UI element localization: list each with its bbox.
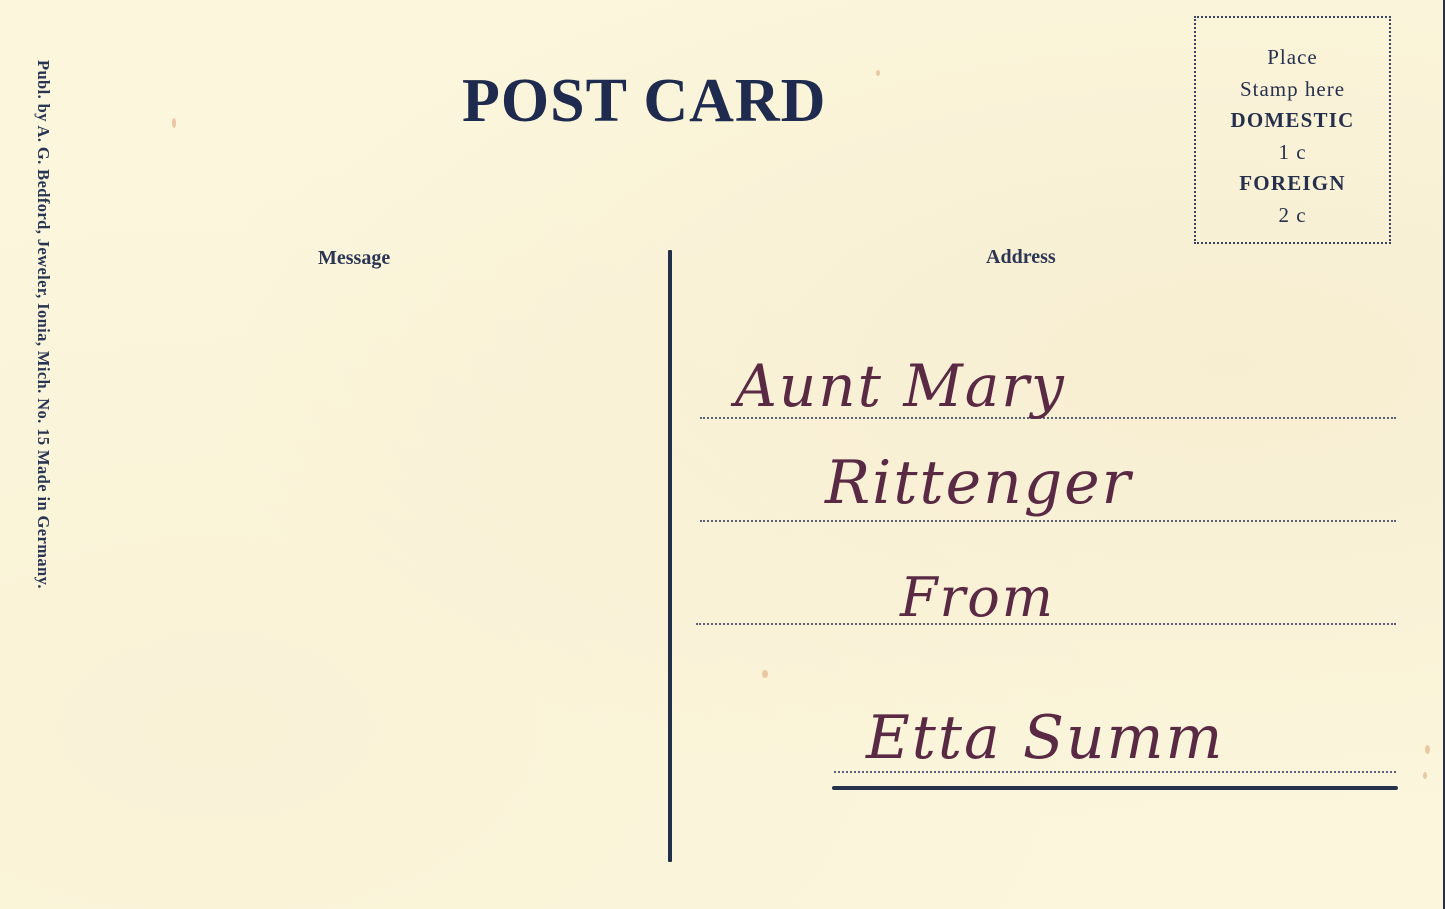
- center-divider: [668, 250, 672, 862]
- publisher-imprint: Publ. by A. G. Bedford, Jeweler, Ionia, …: [33, 60, 53, 589]
- address-underline: [832, 786, 1398, 790]
- stamp-line: 2 c: [1196, 200, 1389, 232]
- message-label: Message: [318, 247, 390, 270]
- stamp-line: Stamp here: [1196, 74, 1389, 106]
- stamp-line: DOMESTIC: [1196, 105, 1389, 137]
- handwritten-recipient-surname: Rittenger: [825, 448, 1132, 518]
- stain-speck: [1425, 745, 1430, 754]
- stain-speck: [876, 70, 880, 76]
- stain-speck: [172, 118, 176, 128]
- stain-speck: [762, 670, 768, 678]
- address-line: [700, 520, 1396, 522]
- postcard: Publ. by A. G. Bedford, Jeweler, Ionia, …: [0, 0, 1445, 909]
- stamp-box: Place Stamp here DOMESTIC 1 c FOREIGN 2 …: [1194, 16, 1391, 244]
- stamp-line: Place: [1196, 42, 1389, 74]
- stamp-line: 1 c: [1196, 137, 1389, 169]
- stain-speck: [1423, 772, 1427, 779]
- page-title: POST CARD: [462, 66, 826, 137]
- stamp-line: FOREIGN: [1196, 168, 1389, 200]
- handwritten-recipient-name: Aunt Mary: [735, 352, 1066, 420]
- handwritten-from: From: [900, 566, 1055, 629]
- handwritten-sender: Etta Summ: [866, 703, 1224, 773]
- address-label: Address: [986, 246, 1056, 269]
